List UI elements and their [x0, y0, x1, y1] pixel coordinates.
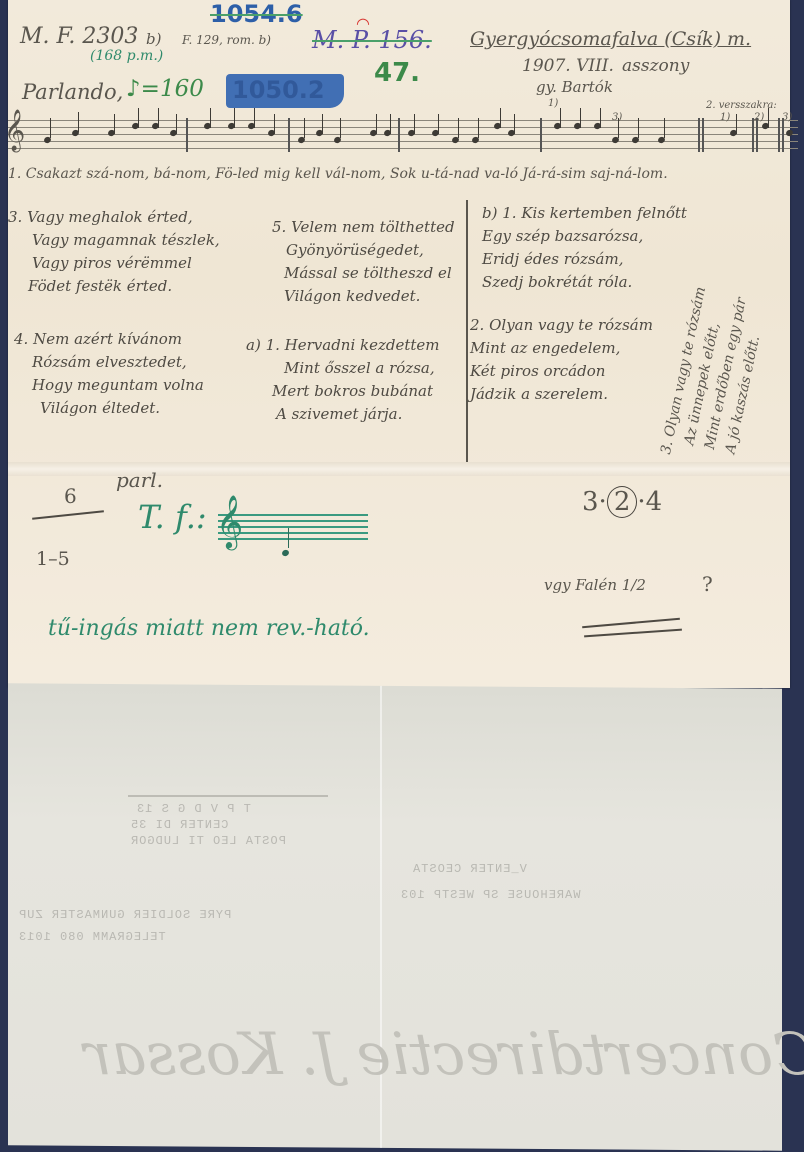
ghost-line-5: WAREHOUSE SP WESTP 103 [400, 888, 580, 902]
ghost-line-1: T P V D G S 13 [136, 802, 251, 816]
verse-4: 4. Nem azért kívánom Rózsám elvesztedet,… [14, 328, 204, 420]
treble-clef-icon: 𝄞 [216, 494, 243, 550]
location: Gyergyócsomafalva (Csík) m. [470, 28, 751, 50]
catalog-mf: M. F. 2303 [20, 24, 138, 49]
falu-note: vgy Falén 1/2 [544, 576, 646, 594]
circled-number: 2 [607, 486, 638, 518]
ghost-line-7: TELEGRAMM 080 1013 [18, 930, 166, 944]
fraction-top: 6 [64, 484, 77, 508]
variant-marker-3: 3) [782, 112, 792, 123]
green-remark: tű-ingás miatt nem rev.-ható. [48, 616, 370, 641]
variant-marker-1: 1) [720, 112, 730, 123]
ghost-rule [128, 795, 328, 797]
singer: asszony [622, 56, 689, 76]
crossed-number-top: 1054.6 [210, 0, 303, 28]
tempo-label: Parlando, [22, 80, 123, 104]
music-marker-1: 1) [548, 98, 558, 109]
verse-5: 5. Velem nem tölthetted Gyönyörüségedet,… [272, 216, 455, 308]
pencil-word-parl: parl. [116, 468, 163, 492]
ghost-line-2: CENTER DI 35 [130, 818, 228, 832]
ink-blot-crossed-number: 1050.2 [226, 74, 344, 108]
green-number: 47. [374, 58, 420, 88]
catalog-mf-suffix: b) [146, 30, 161, 48]
verse-3: 3. Vagy meghalok érted, Vagy magamnak té… [8, 206, 220, 298]
lyrics-line: 1. Csakazt szá-nom, bá-nom, Fö-led mig k… [8, 166, 668, 182]
tf-label: T. f.: [138, 498, 207, 536]
column-divider [466, 200, 468, 462]
verse-b2: 2. Olyan vagy te rózsám Mint az engedele… [470, 314, 653, 406]
ghost-line-6: PYRE SOLDIER GUNMASTER ZUP [18, 908, 231, 922]
red-circle-mark: ◠ [356, 14, 370, 33]
fraction-bottom: 1–5 [36, 548, 70, 570]
crossed-mp-number: M. P. 156. [312, 26, 432, 54]
variant-marker-2: 2) [754, 112, 764, 123]
date: 1907. VIII. [522, 56, 614, 76]
treble-clef-icon: 𝄞 [4, 110, 25, 152]
cylinder-note: (168 p.m.) [90, 48, 163, 64]
tempo-mark: ♪=160 [126, 76, 204, 102]
ghost-line-3: POSTA LEO TI LUDGOR [130, 834, 286, 848]
sequence: 3·2·4 [582, 486, 662, 518]
ghost-line-4: V_ENTER CEOSTA [412, 862, 527, 876]
music-marker-3: 3) [612, 112, 622, 123]
catalog-f: F. 129, rom. b) [182, 33, 271, 47]
verse-a1: a) 1. Hervadni kezdettem Mint ősszel a r… [246, 334, 440, 426]
variant-label: 2. versszakra: [706, 100, 777, 111]
music-staff: 𝄞 [8, 118, 798, 158]
ghost-signature: Concertdirectie J. Kossar [84, 1020, 804, 1088]
verse-b1: b) 1. Kis kertemben felnőtt Egy szép baz… [482, 202, 687, 294]
question-mark: ? [702, 572, 713, 596]
tf-staff: 𝄞 [218, 510, 368, 540]
collector: gy. Bartók [536, 78, 613, 96]
